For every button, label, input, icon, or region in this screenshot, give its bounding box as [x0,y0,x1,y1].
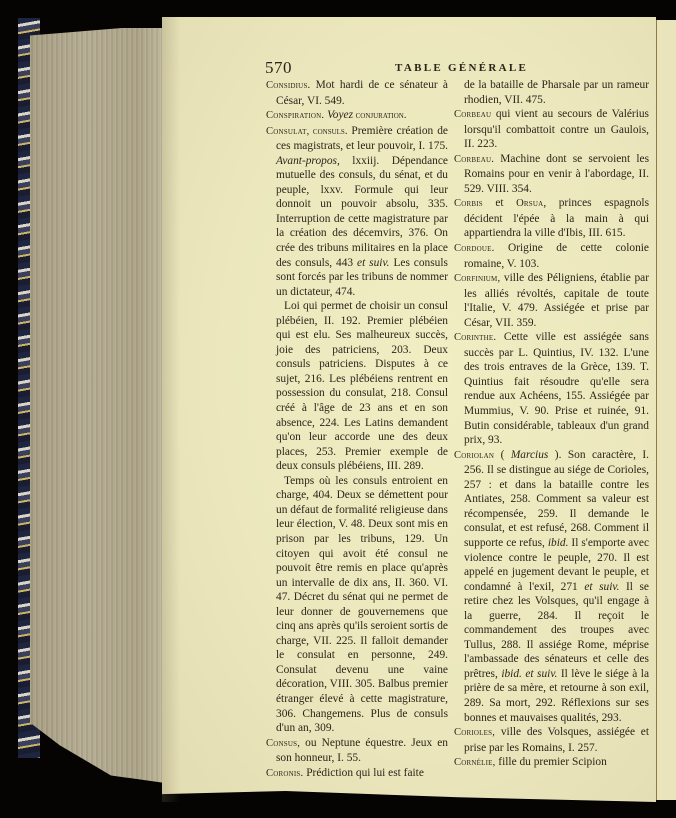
index-entry-cordoue: Cordoue. Origine de cette colonie romain… [454,241,649,271]
index-paragraph-consul-plebeien: Loi qui permet de choisir un consul pléb… [266,299,448,474]
page-number: 570 [265,58,292,78]
index-entry-corinthe: Corinthe. Cette ville est assiégée sans … [454,330,649,447]
index-entry-corbeau-machine: Corbeau. Machine dont se servoient les R… [454,152,649,197]
index-column-right: de la bataille de Pharsale par un rameur… [454,78,649,771]
index-entry-coronis: Coronis. Prédiction qui lui est faite [266,766,448,782]
index-entry-considius: Considius. Mot hardi de ce sénateur à Cé… [266,78,448,108]
open-book-photo: 570 TABLE GÉNÉRALE Considius. Mot hardi … [0,0,676,818]
page-header: 570 TABLE GÉNÉRALE [265,58,655,78]
index-entry-consus: Consus, ou Neptune équestre. Jeux en son… [266,736,448,766]
index-entry-corfinium: Corfinium, ville des Péligniens, établie… [454,271,649,330]
index-entry-corbeau: Corbeau qui vient au secours de Valérius… [454,107,649,152]
running-title: TABLE GÉNÉRALE [395,62,528,74]
index-column-left: Considius. Mot hardi de ce sénateur à Cé… [266,78,448,781]
page-block-fore-edge [30,28,165,783]
index-entry-consulat: Consulat, consuls. Première création de … [266,124,448,300]
index-entry-continuation: de la bataille de Pharsale par un rameur… [454,78,649,107]
gutter-shadow [162,17,180,802]
facing-page-edge [656,20,676,800]
index-entry-coriolan: Coriolan ( Marcius ). Son caractère, I. … [454,448,649,725]
index-entry-cornelie: Cornélie, fille du premier Scipion [454,755,649,771]
index-entry-conspiration: Conspiration. Voyez conjuration. [266,108,448,124]
index-entry-corbis-orsua: Corbis et Orsua, princes espagnols décid… [454,196,649,241]
index-paragraph-consuls-charge: Temps où les consuls entroient en charge… [266,474,448,736]
index-entry-corioles: Corioles, ville des Volsques, assiégée e… [454,725,649,755]
